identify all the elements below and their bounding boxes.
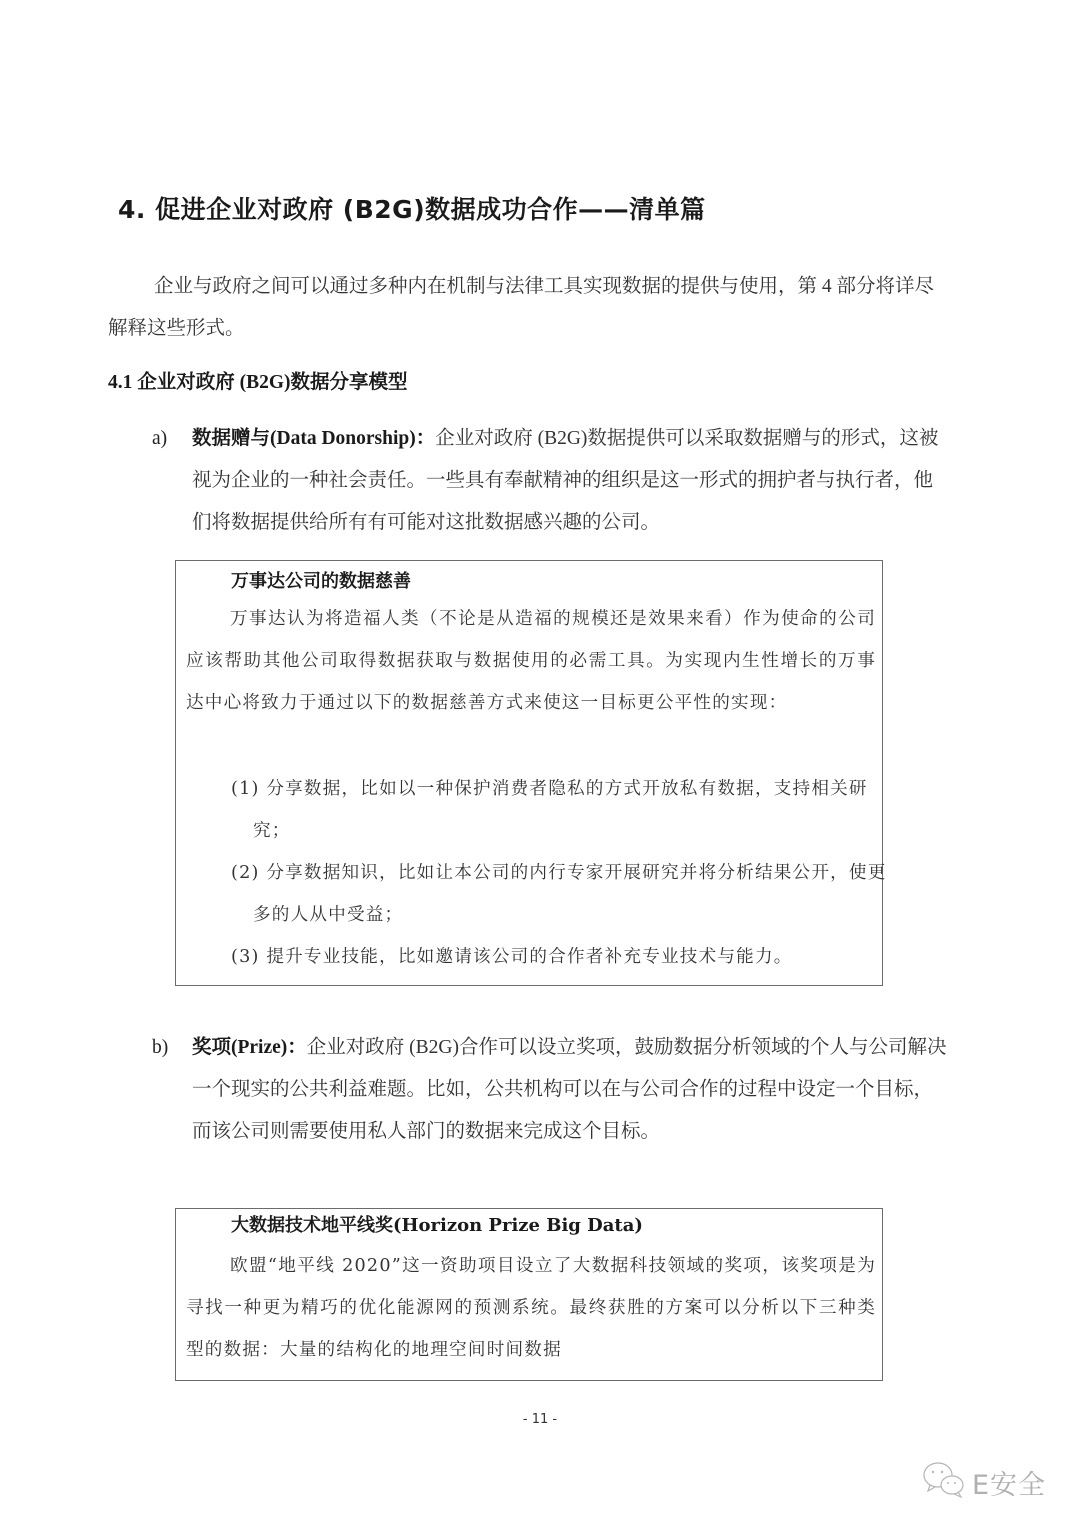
case-box-title: 万事达公司的数据慈善 bbox=[231, 564, 411, 600]
case-box-title: 大数据技术地平线奖(Horizon Prize Big Data) bbox=[231, 1209, 643, 1243]
list-item-body: 奖项(Prize)：企业对政府 (B2G)合作可以设立奖项，鼓励数据分析领域的个… bbox=[192, 1027, 952, 1153]
intro-paragraph: 企业与政府之间可以通过多种内在机制与法律工具实现数据的提供与使用，第 4 部分将… bbox=[108, 266, 953, 350]
watermark: E安全 bbox=[922, 1460, 1046, 1505]
page-number: - 11 - bbox=[0, 1412, 1080, 1427]
wechat-icon bbox=[922, 1460, 966, 1505]
case-box-enum-item: (2) 分享数据知识，比如让本公司的内行专家开展研究并将分析结果公开，使更多的人… bbox=[231, 852, 895, 936]
section-title: 4. 促进企业对政府 (B2G)数据成功合作——清单篇 bbox=[118, 190, 706, 226]
subsection-title: 4.1 企业对政府 (B2G)数据分享模型 bbox=[108, 366, 408, 394]
case-box-paragraph: 欧盟“地平线 2020”这一资助项目设立了大数据科技领域的奖项，该奖项是为寻找一… bbox=[186, 1245, 876, 1371]
case-box-paragraph: 万事达认为将造福人类（不论是从造福的规模还是效果来看）作为使命的公司应该帮助其他… bbox=[186, 598, 876, 724]
list-marker: a) bbox=[152, 418, 167, 460]
case-box-mastercard: 万事达公司的数据慈善 万事达认为将造福人类（不论是从造福的规模还是效果来看）作为… bbox=[175, 560, 883, 986]
list-item-body: 数据赠与(Data Donorship)：企业对政府 (B2G)数据提供可以采取… bbox=[192, 418, 952, 544]
list-item-prize: b) 奖项(Prize)：企业对政府 (B2G)合作可以设立奖项，鼓励数据分析领… bbox=[152, 1027, 952, 1157]
case-box-enum-item: (1) 分享数据，比如以一种保护消费者隐私的方式开放私有数据，支持相关研究； bbox=[231, 768, 895, 852]
list-item-term: 奖项(Prize)： bbox=[192, 1037, 307, 1058]
watermark-text: E安全 bbox=[972, 1463, 1046, 1502]
list-item-term: 数据赠与(Data Donorship)： bbox=[192, 428, 435, 449]
case-box-horizon-prize: 大数据技术地平线奖(Horizon Prize Big Data) 欧盟“地平线… bbox=[175, 1208, 883, 1381]
list-item-data-donorship: a) 数据赠与(Data Donorship)：企业对政府 (B2G)数据提供可… bbox=[152, 418, 952, 548]
list-marker: b) bbox=[152, 1027, 168, 1069]
case-box-enum-item: (3) 提升专业技能，比如邀请该公司的合作者补充专业技术与能力。 bbox=[231, 936, 895, 978]
